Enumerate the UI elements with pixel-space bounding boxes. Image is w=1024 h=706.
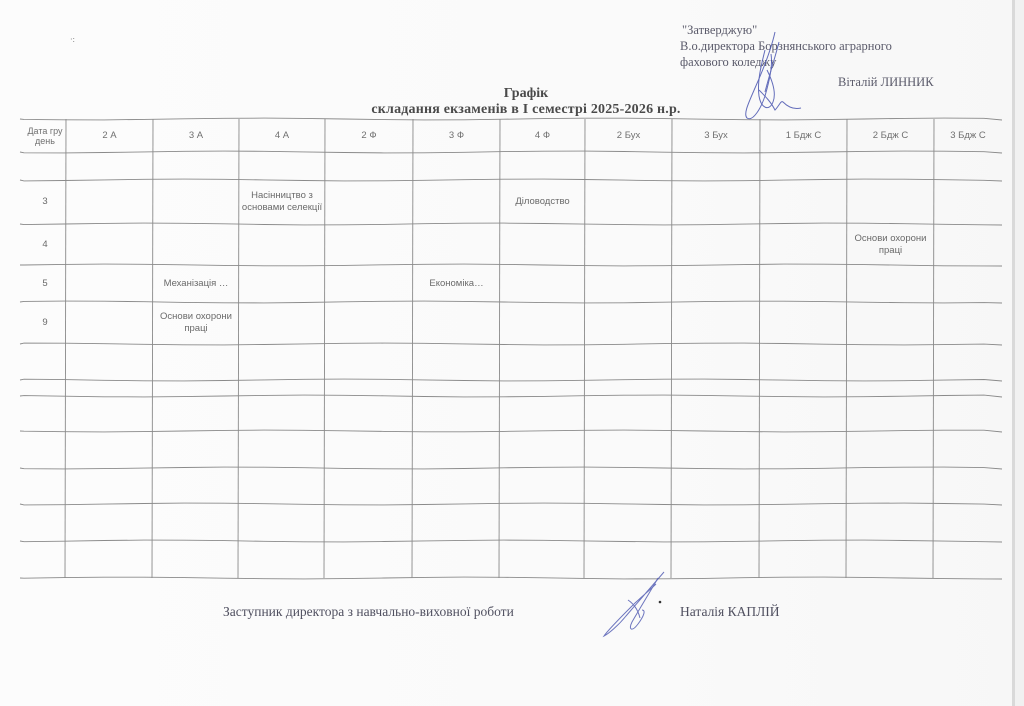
exam-cell: Механізація … <box>155 265 237 302</box>
exam-cell: Діловодство <box>502 180 583 224</box>
document-title: Графік <box>14 86 1024 102</box>
column-header-10: 2 Бдж С <box>849 119 932 152</box>
column-header-date-line1: Дата гру <box>27 126 62 136</box>
column-header-6: 4 Ф <box>502 119 583 152</box>
exam-cell: Основи охорони праці <box>849 224 932 265</box>
row-date-cell <box>26 396 64 431</box>
row-date-cell <box>26 468 64 504</box>
column-header-8: 3 Бух <box>674 119 758 152</box>
row-date-cell: 5 <box>26 265 64 302</box>
row-date-cell: 9 <box>26 302 64 344</box>
exam-cell: Економіка… <box>415 265 498 302</box>
footer-name: Наталія КАПЛІЙ <box>680 604 780 620</box>
row-date-cell <box>26 152 64 180</box>
row-date-cell <box>26 380 64 396</box>
column-header-5: 3 Ф <box>415 119 498 152</box>
column-header-date: Дата грудень <box>26 119 64 152</box>
row-date-cell: 4 <box>26 224 64 265</box>
row-date-cell <box>26 541 64 578</box>
deputy-signature-icon <box>598 570 670 640</box>
row-date-cell <box>26 344 64 380</box>
footer-position: Заступник директора з навчально-виховної… <box>223 604 514 620</box>
row-date-cell: 3 <box>26 180 64 224</box>
column-header-1: 2 А <box>68 119 151 152</box>
column-header-7: 2 Бух <box>587 119 670 152</box>
column-header-2: 3 А <box>155 119 237 152</box>
column-header-11: 3 Бдж С <box>936 119 1000 152</box>
column-header-9: 1 Бдж С <box>762 119 845 152</box>
exam-cell: Основи охорони праці <box>155 302 237 344</box>
column-header-3: 4 А <box>241 119 323 152</box>
column-header-4: 2 Ф <box>327 119 411 152</box>
scan-speck: ·: <box>70 35 75 44</box>
column-header-date-line2: день <box>35 136 55 146</box>
row-date-cell <box>26 431 64 468</box>
row-date-cell <box>26 504 64 541</box>
document-subtitle: складання екзаменів в I семестрі 2025-20… <box>14 102 1024 118</box>
exam-cell: Насінництво з основами селекції <box>241 180 323 224</box>
